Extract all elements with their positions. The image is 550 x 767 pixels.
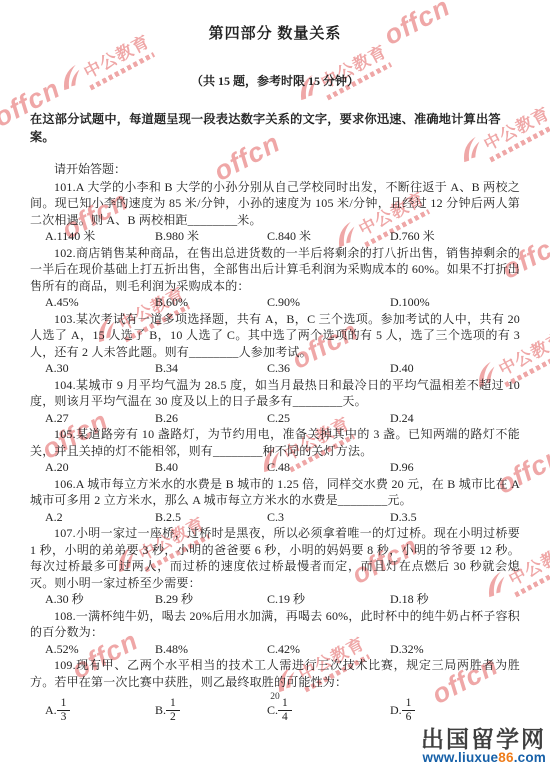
option: C.25 <box>267 410 390 427</box>
option: B.60% <box>155 294 267 311</box>
option: B.40 <box>155 459 267 476</box>
option: C.36 <box>267 360 390 377</box>
options-row: A.27B.26C.25D.24 <box>30 410 520 427</box>
page-number: 20 <box>0 692 550 702</box>
footer-site-name: 出国留学网 <box>421 728 546 751</box>
begin-prompt: 请开始答题： <box>30 161 520 178</box>
footer-url-prefix: www.liuxue <box>423 750 499 765</box>
option-label: D. <box>390 703 402 717</box>
option: C.3 <box>267 509 390 526</box>
option: D.100% <box>390 294 430 311</box>
option-label: B. <box>155 703 166 717</box>
options-row: A.30B.34C.36D.40 <box>30 360 520 377</box>
option: D.24 <box>390 410 414 427</box>
options-row: A.52%B.48%C.42%D.32% <box>30 641 520 658</box>
option: D.760 米 <box>390 228 435 245</box>
option: A.30 秒 <box>45 591 155 608</box>
option: C.42% <box>267 641 390 658</box>
question-text: 103.某次考试有一道多项选择题，共有 A，B，C 三个选项。参加考试的人中，共… <box>30 311 520 361</box>
footer-site-url: www.liuxue86.com <box>421 751 546 765</box>
options-row: A.30 秒B.29 秒C.19 秒D.18 秒 <box>30 591 520 608</box>
option: A.30 <box>45 360 155 377</box>
exam-page: 第四部分 数量关系 （共 15 题，参考时限 15 分钟） 在这部分试题中，每道… <box>0 0 550 728</box>
option: D.18 秒 <box>390 591 429 608</box>
question-text: 101.A 大学的小李和 B 大学的小孙分别从自己学校同时出发，不断往返于 A、… <box>30 179 520 229</box>
option: A.27 <box>45 410 155 427</box>
option: A.2 <box>45 509 155 526</box>
option: B.48% <box>155 641 267 658</box>
question-text: 109.现有甲、乙两个水平相当的技术工人需进行三次技术比赛，规定三局两胜者为胜方… <box>30 657 520 690</box>
option: C.19 秒 <box>267 591 390 608</box>
fraction-denominator: 6 <box>402 711 416 724</box>
footer-url-suffix: .com <box>514 750 546 765</box>
page-subtitle: （共 15 题，参考时限 15 分钟） <box>30 72 520 89</box>
fraction-denominator: 3 <box>57 711 71 724</box>
option: B.26 <box>155 410 267 427</box>
option-label: A. <box>45 703 57 717</box>
footer-logo: 出国留学网 www.liuxue86.com <box>421 728 546 765</box>
options-row: A.1140 米B.980 米C.840 米D.760 米 <box>30 228 520 245</box>
option: B.980 米 <box>155 228 267 245</box>
option: B.2.5 <box>155 509 267 526</box>
options-row: A.20B.40C.48D.96 <box>30 459 520 476</box>
options-row: A.45%B.60%C.90%D.100% <box>30 294 520 311</box>
fraction-denominator: 2 <box>166 711 180 724</box>
page-title: 第四部分 数量关系 <box>30 22 520 43</box>
question-text: 104.某城市 9 月平均气温为 28.5 度，如当月最热日和最冷日的平均气温相… <box>30 377 520 410</box>
option: D.3.5 <box>390 509 417 526</box>
option: D.40 <box>390 360 414 377</box>
option: A.45% <box>45 294 155 311</box>
section-instructions: 在这部分试题中，每道题呈现一段表达数字关系的文字，要求你迅速、准确地计算出答案。 <box>30 111 520 146</box>
option: C.48 <box>267 459 390 476</box>
footer-url-86: 86 <box>498 750 513 765</box>
question-text: 107.小明一家过一座桥，过桥时是黑夜，所以必须拿着唯一的灯过桥。现在小明过桥要… <box>30 525 520 591</box>
question-text: 108.一满杯纯牛奶，喝去 20%后用水加满，再喝去 60%，此时杯中的纯牛奶占… <box>30 608 520 641</box>
option: A.52% <box>45 641 155 658</box>
question-text: 105.某道路旁有 10 盏路灯，为节约用电，准备关掉其中的 3 盏。已知两端的… <box>30 426 520 459</box>
option-label: C. <box>267 703 278 717</box>
fraction-denominator: 4 <box>278 711 292 724</box>
option: A.20 <box>45 459 155 476</box>
option: D.96 <box>390 459 414 476</box>
option: B.29 秒 <box>155 591 267 608</box>
options-row: A.2B.2.5C.3D.3.5 <box>30 509 520 526</box>
question-text: 102.商店销售某种商品，在售出总进货数的一半后将剩余的打八折出售，销售掉剩余的… <box>30 245 520 295</box>
option: C.840 米 <box>267 228 390 245</box>
option: C.90% <box>267 294 390 311</box>
option: A.1140 米 <box>45 228 155 245</box>
questions-container: 101.A 大学的小李和 B 大学的小孙分别从自己学校同时出发，不断往返于 A、… <box>30 179 520 729</box>
option: B.34 <box>155 360 267 377</box>
question-text: 106.A 城市每立方米水的水费是 B 城市的 1.25 倍，同样交水费 20 … <box>30 476 520 509</box>
option: D.32% <box>390 641 424 658</box>
